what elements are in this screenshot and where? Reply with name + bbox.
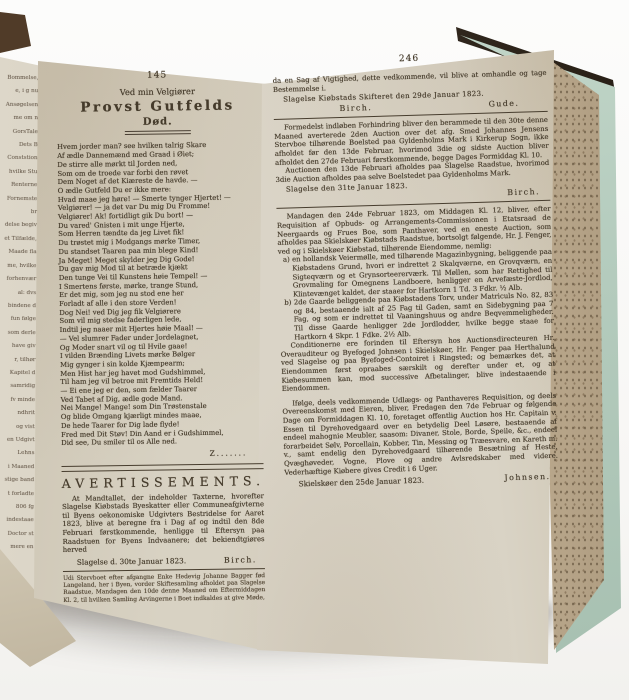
text-fragment: Doctor st [0, 528, 34, 542]
text-fragment: Ansøgelsen [2, 99, 38, 113]
text-fragment: delse begiv [1, 219, 37, 233]
text-fragment: ndhrit [0, 407, 35, 421]
signature: Birch. [224, 555, 257, 564]
signature: Johnsen. [504, 472, 550, 482]
text-fragment: Bommelse, [2, 72, 38, 86]
page-left-content: 145 Ved min Velgiører Provst Gutfelds Dø… [56, 69, 265, 605]
previous-page-text-fragments: Bommelse,e, i g nuAnsøgelsenme om nGorsT… [0, 72, 45, 550]
auction-conditions-paragraph: Conditionerne ere forinden til Eftersyn … [280, 334, 555, 394]
text-fragment: i Maaned [0, 461, 34, 475]
text-fragment: Conststion [2, 152, 38, 166]
text-fragment: Fornemste br [1, 192, 37, 219]
text-fragment: en Udgivt [0, 434, 35, 448]
text-fragment: Dets B [2, 139, 38, 153]
text-fragment: stige band [0, 474, 34, 488]
poem-dedication: Ved min Velgiører [56, 85, 258, 98]
signature: Gude. [488, 99, 519, 109]
text-fragment: e, i g nu [2, 85, 38, 99]
text-fragment: Lehns [0, 447, 35, 461]
text-fragment: forhenvær [0, 273, 36, 287]
text-fragment: hvilke Stu [1, 166, 37, 180]
avertissements-body: At Mandtallet, der indeholder Taxterne, … [62, 492, 265, 555]
text-fragment: me, hvilke [0, 259, 36, 273]
text-fragment: og vist [0, 420, 35, 434]
text-fragment: samridig [0, 380, 35, 394]
section-divider [62, 463, 264, 471]
text-fragment: r, tilhør [0, 353, 36, 367]
avertissements-dateline-row: Slagelse d. 30te Januar 1823. Birch. [63, 555, 265, 567]
text-fragment: fv minde [0, 394, 35, 408]
text-fragment: me om n [2, 112, 38, 126]
poem-subtitle: Død. [57, 115, 259, 129]
dateline: Slagelse d. 30te Januar 1823. [77, 556, 186, 567]
text-fragment: t forladte [0, 487, 34, 501]
text-fragment: som derle [0, 326, 36, 340]
text-fragment: bindene d [0, 300, 36, 314]
loesoere-auction-paragraph: Ifølge, deels vedkommende Udlægs- og Pan… [282, 392, 558, 477]
book-photo: Bommelse,e, i g nuAnsøgelsenme om nGorsT… [0, 0, 629, 700]
text-fragment: Kapitel d [0, 367, 35, 381]
text-fragment: fun følge [0, 313, 36, 327]
footnote-rule [63, 568, 265, 572]
text-fragment: mere en [0, 541, 34, 550]
text-fragment: al: dvs [0, 286, 36, 300]
page-number-right: 246 [272, 50, 546, 68]
text-fragment: GorsTale [2, 125, 38, 139]
memorial-poem: Hvem jorder man? see hvilken talrig Skar… [57, 141, 263, 448]
poem-signature: Z....... [61, 448, 263, 460]
avertissements-heading: AVERTISSEMENTS. [62, 473, 264, 491]
text-fragment: have giv [0, 340, 36, 354]
estate-footnote: Udi Stervboet efter afgangne Enke Hedevi… [63, 573, 265, 605]
poem-line: Did see, Du smiler til os Alle ned. [61, 436, 263, 448]
signature: Birch. [339, 103, 372, 113]
poem-title: Provst Gutfelds [56, 97, 258, 116]
text-fragment: Renterne [1, 179, 37, 193]
page-right-content: 246 da en Sag af Vigtighed, dette vedkom… [272, 50, 559, 489]
text-fragment: indestaae [0, 514, 34, 528]
ornament-rule [125, 130, 191, 135]
text-fragment: 806 fg [0, 501, 34, 515]
text-fragment: et Tilfælde, [1, 233, 37, 247]
text-fragment: Maade fla [1, 246, 37, 260]
page-number-left: 145 [56, 69, 258, 82]
